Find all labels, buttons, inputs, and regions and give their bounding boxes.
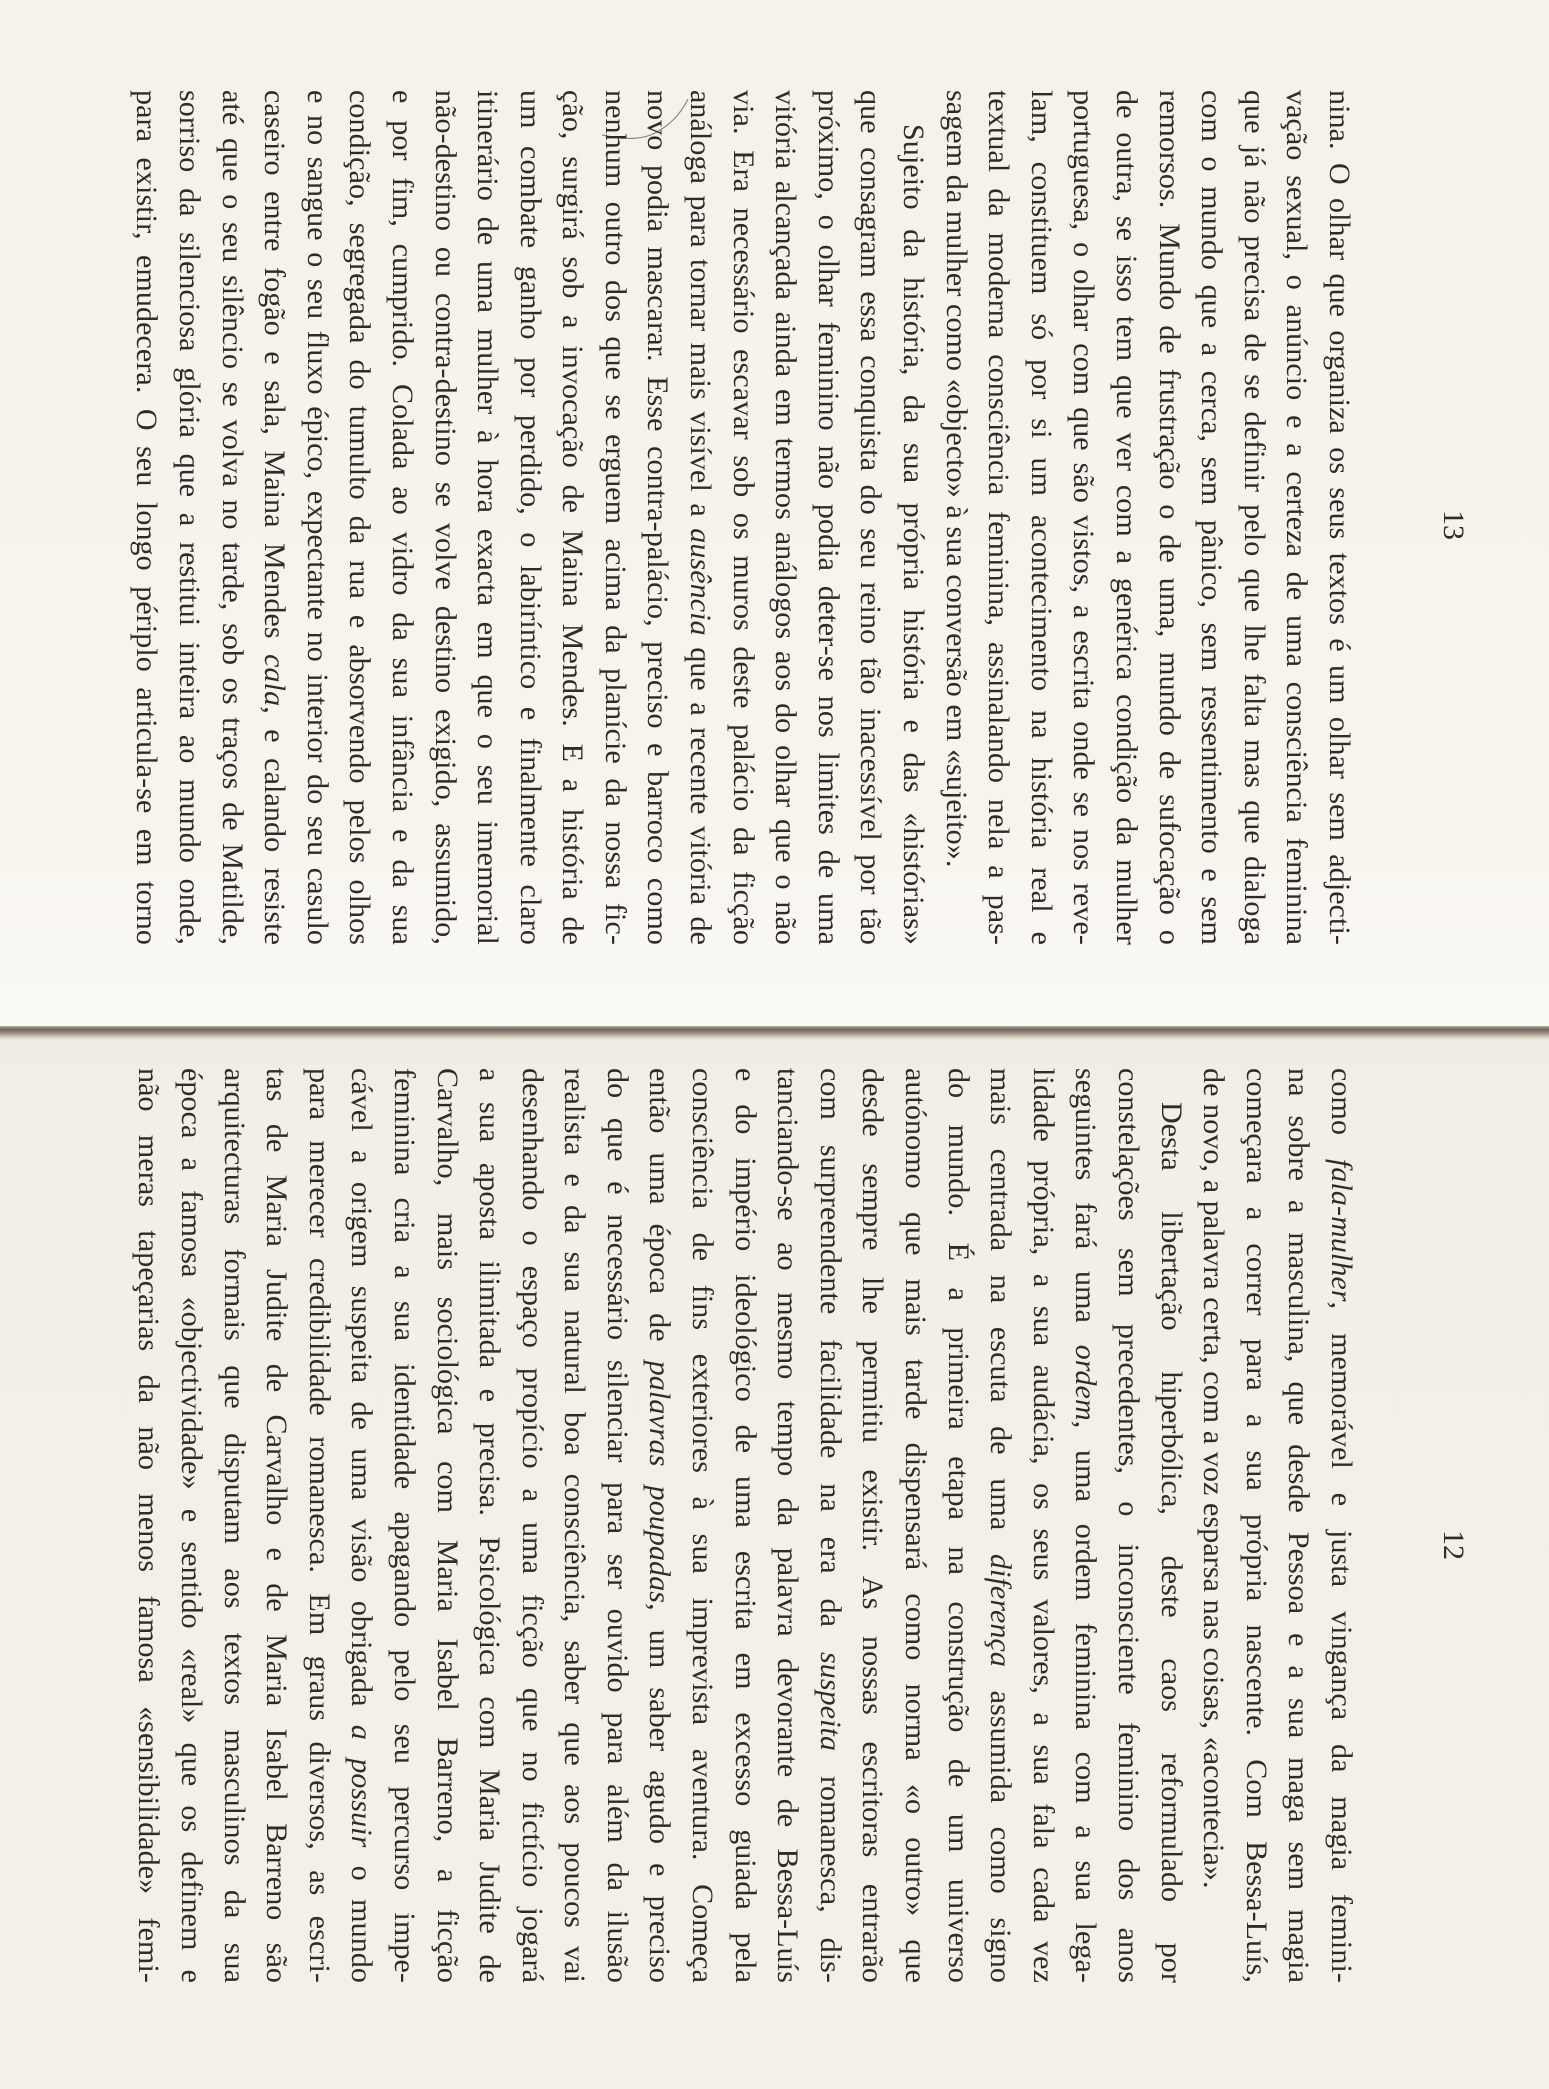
text-line: portuguesa, o olhar com que são vistos, … <box>1062 90 1105 945</box>
text-line: novo podia mascarar. Esse contra-palácio… <box>636 90 679 945</box>
text-line: lam, constituem só por si um acontecimen… <box>1019 90 1062 945</box>
text-line: realista e da sua natural boa consciênci… <box>553 1068 596 1983</box>
text-line: lidade própria, a sua audácia, os seus v… <box>1021 1068 1064 1983</box>
text-line: um combate ganho por perdido, o labirínt… <box>508 90 551 945</box>
text-line: como fala-mulher, memorável e justa ving… <box>1319 1068 1362 1983</box>
book-gutter <box>0 1026 1549 1040</box>
text-line: arquitecturas formais que disputam aos t… <box>212 1068 255 1983</box>
text-line: vação sexual, o anúncio e a certeza de u… <box>1275 90 1318 945</box>
text-line: vitória alcançada ainda em termos análog… <box>764 90 807 945</box>
text-line: Carvalho, mais sociológica com Maria Isa… <box>425 1068 468 1983</box>
text-line: análoga para tornar mais visível a ausên… <box>679 90 722 945</box>
text-line: remorsos. Mundo de frustração o de uma, … <box>1147 90 1190 945</box>
text-line: de outra, se isso tem que ver com a gené… <box>1104 90 1147 945</box>
text-line: cável a origem suspeita de uma visão obr… <box>340 1068 383 1983</box>
page-number-13: 13 <box>1436 510 1470 540</box>
text-line: itinerário de uma mulher à hora exacta e… <box>466 90 509 945</box>
book-spread-scan: nina. O olhar que organiza os seus texto… <box>0 0 1549 2089</box>
text-line: condição, segregada do tumulto da rua e … <box>338 90 381 945</box>
text-line: e no sangue o seu fluxo épico, expectant… <box>295 90 338 945</box>
text-line: autónomo que mais tarde dispensará como … <box>893 1068 936 1983</box>
text-line: e por fim, cumprido. Colada ao vidro da … <box>380 90 423 945</box>
text-line: seguintes fará uma ordem, uma ordem femi… <box>1064 1068 1107 1983</box>
text-line: via. Era necessário escavar sob os muros… <box>721 90 764 945</box>
text-line: caseiro entre fogão e sala, Maina Mendes… <box>253 90 296 945</box>
text-line: que já não precisa de se definir pelo qu… <box>1232 90 1275 945</box>
text-line: para existir, emudecera. O seu longo pér… <box>125 90 168 945</box>
text-line: textual da moderna consciência feminina,… <box>977 90 1020 945</box>
text-line: Desta libertação hiperbólica, deste caos… <box>1149 1068 1192 1983</box>
text-line: começara a correr para a sua própria nas… <box>1234 1068 1277 1983</box>
text-line: época a famosa «objectividade» e sentido… <box>169 1068 212 1983</box>
page-12-body-text: como fala-mulher, memorável e justa ving… <box>127 1068 1362 1983</box>
text-line: ção, surgirá sob a invocação de Maina Me… <box>551 90 594 945</box>
text-line: constelações sem precedentes, o inconsci… <box>1106 1068 1149 1983</box>
text-line: tas de Maria Judite de Carvalho e de Mar… <box>255 1068 298 1983</box>
text-line: do mundo. É a primeira etapa na construç… <box>936 1068 979 1983</box>
text-line: consciência de fins exteriores à sua imp… <box>681 1068 724 1983</box>
text-line: Sujeito da história, da sua própria hist… <box>891 90 934 945</box>
text-line: desde sempre lhe permitiu existir. As no… <box>851 1068 894 1983</box>
text-line: feminina cria a sua identidade apagando … <box>382 1068 425 1983</box>
text-line: do que é necessário silenciar para ser o… <box>595 1068 638 1983</box>
text-line: que consagram essa conquista do seu rein… <box>849 90 892 945</box>
text-line: então uma época de palavras poupadas, um… <box>638 1068 681 1983</box>
text-line: desenhando o espaço propício a uma ficçã… <box>510 1068 553 1983</box>
text-line: a sua aposta ilimitada e precisa. Psicol… <box>468 1068 511 1983</box>
text-line: com surpreendente facilidade na era da s… <box>808 1068 851 1983</box>
text-line: nina. O olhar que organiza os seus texto… <box>1317 90 1360 945</box>
text-line: para merecer credibilidade romanesca. Em… <box>297 1068 340 1983</box>
text-line: não-destino ou contra-destino se volve d… <box>423 90 466 945</box>
text-line: próximo, o olhar feminino não podia dete… <box>806 90 849 945</box>
text-line: não meras tapeçarias da não menos famosa… <box>127 1068 170 1983</box>
text-line: mais centrada na escuta de uma diferença… <box>979 1068 1022 1983</box>
text-line: sorriso da silenciosa glória que a resti… <box>167 90 210 945</box>
text-line: tanciando-se ao mesmo tempo da palavra d… <box>766 1068 809 1983</box>
page-number-12: 12 <box>1436 1530 1470 1560</box>
text-line: sagem da mulher como «objecto» à sua con… <box>934 90 977 945</box>
text-line: e do império ideológico de uma escrita e… <box>723 1068 766 1983</box>
text-line: nenhum outro dos que se erguem acima da … <box>593 90 636 945</box>
text-line: com o mundo que a cerca, sem pânico, sem… <box>1190 90 1233 945</box>
text-line: de novo, a palavra certa, com a voz espa… <box>1192 1068 1235 1983</box>
page-13-body-text: nina. O olhar que organiza os seus texto… <box>125 90 1360 945</box>
text-line: até que o seu silêncio se volva no tarde… <box>210 90 253 945</box>
text-line: na sobre a masculina, que desde Pessoa e… <box>1277 1068 1320 1983</box>
